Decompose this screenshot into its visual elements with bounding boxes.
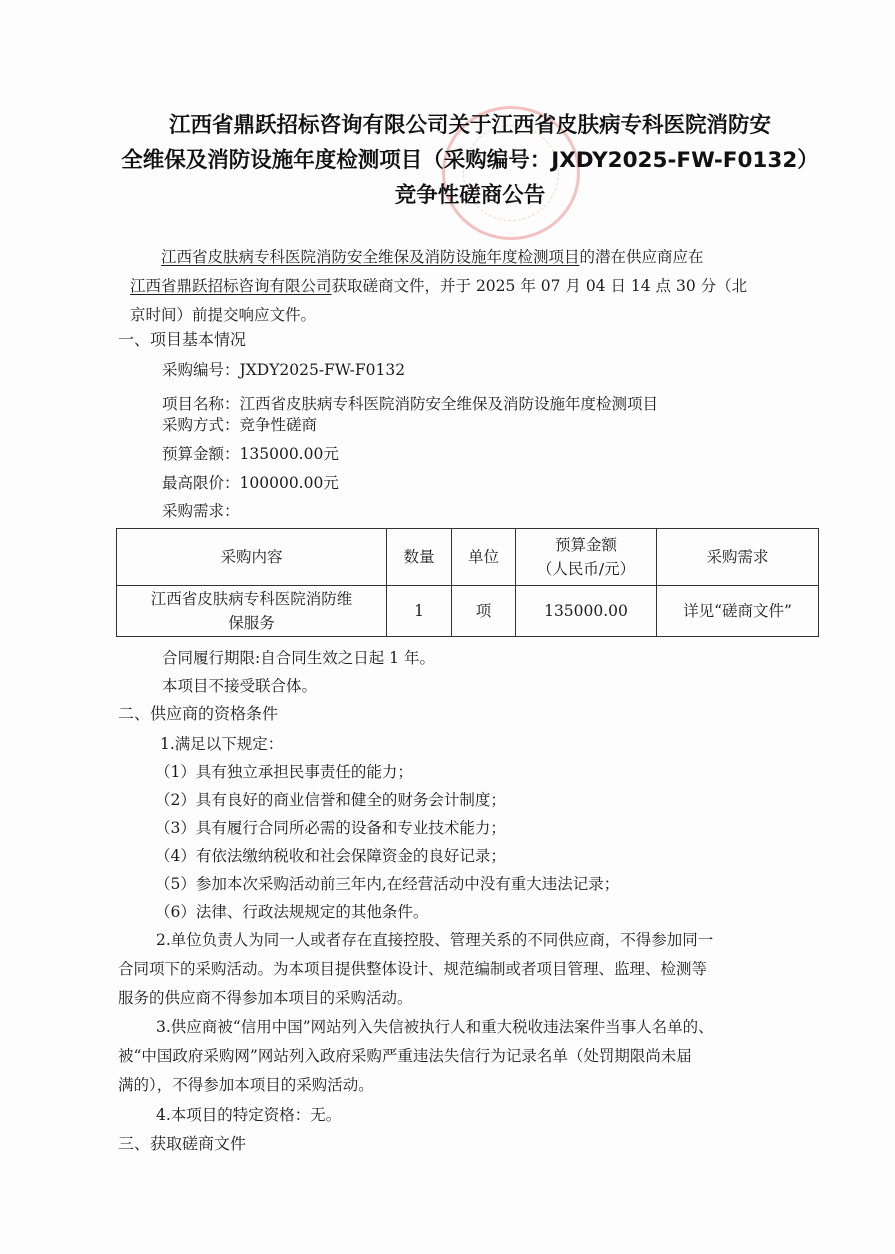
intro-text-3: 京时间）前提交响应文件。 <box>130 301 815 330</box>
qualification-item-3: 3.供应商被“信用中国”网站列入失信被执行人和重大税收违法案件当事人名单的、 被… <box>118 1013 818 1100</box>
cell-quantity: 1 <box>387 586 452 637</box>
section-3-heading: 三、获取磋商文件 <box>118 1134 246 1154</box>
intro-text-1: 的潜在供应商应在 <box>580 248 704 266</box>
document-page: 江西省鼎跃招标咨询有限公司关于江西省皮肤病专科医院消防安 全维保及消防设施年度检… <box>0 0 895 1254</box>
sub-item-1: （1）具有独立承担民事责任的能力； <box>155 762 413 782</box>
consortium-note: 本项目不接受联合体。 <box>162 676 317 696</box>
sub-item-4: （4）有依法缴纳税收和社会保障资金的良好记录； <box>155 846 506 866</box>
field-project-name: 项目名称：江西省皮肤病专科医院消防安全维保及消防设施年度检测项目 <box>162 394 658 414</box>
cell-content: 江西省皮肤病专科医院消防维 保服务 <box>117 586 387 637</box>
contract-period: 合同履行期限:自合同生效之日起 1 年。 <box>162 648 435 668</box>
qualification-item-2: 2.单位负责人为同一人或者存在直接控股、管理关系的不同供应商，不得参加同一 合同… <box>118 926 818 1013</box>
cell-unit: 项 <box>452 586 516 637</box>
header-quantity: 数量 <box>387 529 452 586</box>
section-1-heading: 一、项目基本情况 <box>118 330 246 350</box>
title-line-2: 全维保及消防设施年度检测项目（采购编号：JXDY2025-FW-F0132） <box>120 143 820 178</box>
sub-item-2: （2）具有良好的商业信誉和健全的财务会计制度； <box>155 790 506 810</box>
sub-item-3: （3）具有履行合同所必需的设备和专业技术能力； <box>155 818 506 838</box>
document-title: 江西省鼎跃招标咨询有限公司关于江西省皮肤病专科医院消防安 全维保及消防设施年度检… <box>120 108 820 213</box>
title-line-1: 江西省鼎跃招标咨询有限公司关于江西省皮肤病专科医院消防安 <box>120 108 820 143</box>
sub-item-6: （6）法律、行政法规规定的其他条件。 <box>155 902 428 922</box>
field-budget: 预算金额：135000.00元 <box>162 444 339 464</box>
qualification-item-4: 4.本项目的特定资格：无。 <box>156 1105 341 1125</box>
field-procurement-no: 采购编号：JXDY2025-FW-F0132 <box>162 360 405 380</box>
section-2-heading: 二、供应商的资格条件 <box>118 704 278 724</box>
cell-budget: 135000.00 <box>516 586 657 637</box>
table-row: 江西省皮肤病专科医院消防维 保服务 1 项 135000.00 详见“磋商文件” <box>117 586 819 637</box>
sub-item-5: （5）参加本次采购活动前三年内,在经营活动中没有重大违法记录； <box>155 874 619 894</box>
header-content: 采购内容 <box>117 529 387 586</box>
project-name-link: 江西省皮肤病专科医院消防安全维保及消防设施年度检测项目 <box>161 248 580 266</box>
field-procurement-method: 采购方式：竞争性磋商 <box>162 415 317 435</box>
agency-name-link: 江西省鼎跃招标咨询有限公司 <box>130 277 332 295</box>
header-unit: 单位 <box>452 529 516 586</box>
intro-text-2: 获取磋商文件，并于 2025 年 07 月 04 日 14 点 30 分（北 <box>332 277 748 295</box>
cell-requirement: 详见“磋商文件” <box>657 586 819 637</box>
qualification-item-1: 1.满足以下规定： <box>160 734 283 754</box>
intro-paragraph: 江西省皮肤病专科医院消防安全维保及消防设施年度检测项目的潜在供应商应在 江西省鼎… <box>130 243 815 330</box>
table-header-row: 采购内容 数量 单位 预算金额 （人民币/元） 采购需求 <box>117 529 819 586</box>
requirements-table: 采购内容 数量 单位 预算金额 （人民币/元） 采购需求 江西省皮肤病专科医院消… <box>116 528 819 637</box>
field-max-price: 最高限价：100000.00元 <box>162 473 339 493</box>
title-line-3: 竞争性磋商公告 <box>120 178 820 213</box>
field-requirements: 采购需求： <box>162 501 240 521</box>
header-budget: 预算金额 （人民币/元） <box>516 529 657 586</box>
header-requirement: 采购需求 <box>657 529 819 586</box>
